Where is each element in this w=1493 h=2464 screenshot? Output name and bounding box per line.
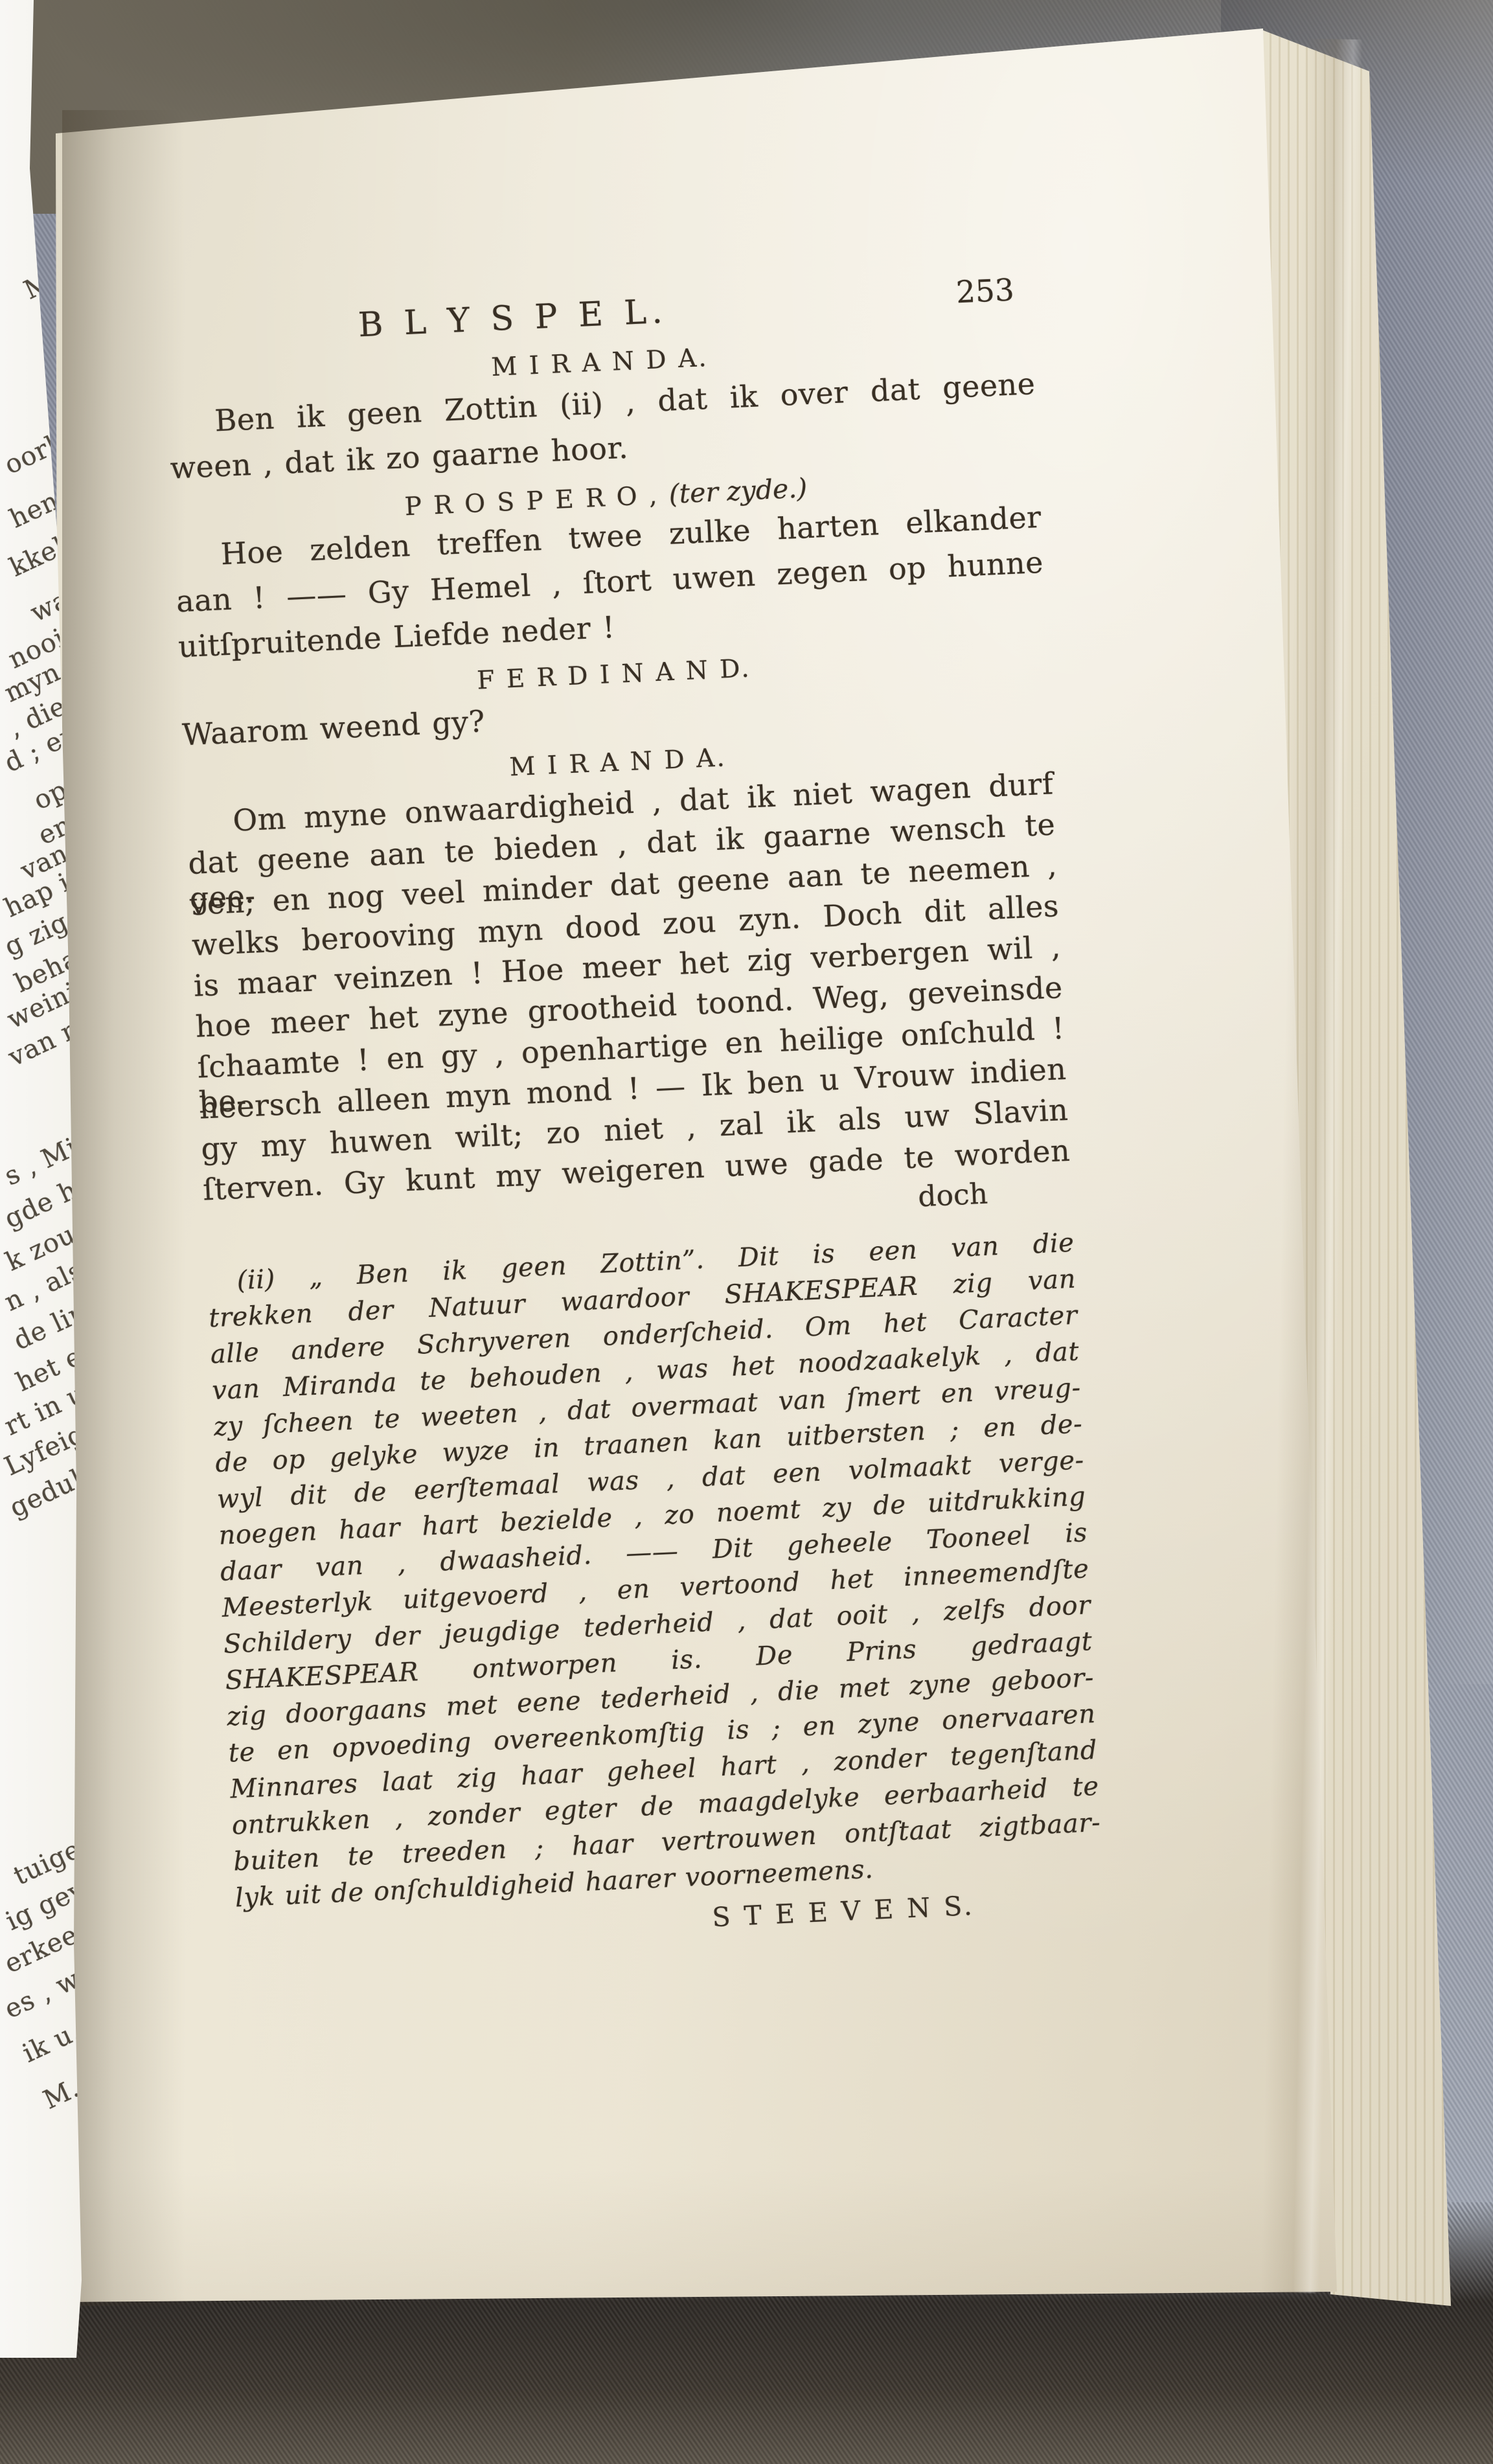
left-page-text-fragment: ik u.: [18, 2016, 85, 2069]
page-number: 253: [955, 272, 1015, 310]
stage-direction: (ter zyde.): [668, 472, 808, 510]
gutter-shadow: [62, 110, 185, 2306]
speaker-name: P R O S P E R O ,: [404, 481, 660, 522]
printed-text-block: B L Y S P E L. 253 M I R A N D A. Ben ik…: [163, 275, 1107, 1997]
book-photograph: B L Y S P E L. 253 M I R A N D A. Ben ik…: [0, 0, 1493, 2464]
footnote-block: (ii) „ Ben ik geen Zottin”. Dit is een v…: [207, 1228, 1105, 1961]
